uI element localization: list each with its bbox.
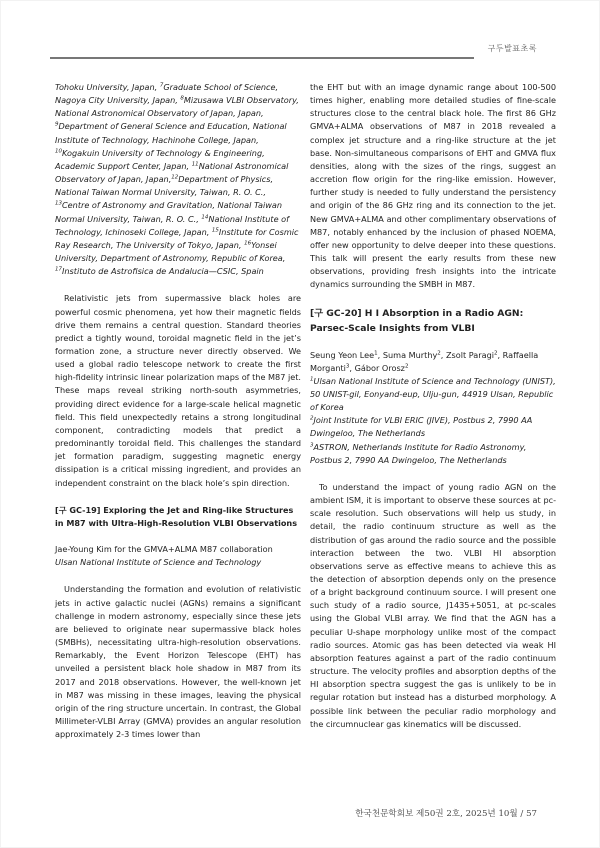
gc19-authors: Jae-Young Kim for the GMVA+ALMA M87 coll… (55, 543, 301, 556)
page-footer: 한국천문학회보 제50권 2호, 2025년 10월 / 57 (355, 807, 537, 819)
gc20-affiliation-3: 3ASTRON, Netherlands Institute for Radio… (310, 441, 556, 467)
gc20-affiliation-2: 2Joint Institute for VLBI ERIC (JIVE), P… (310, 414, 556, 440)
gc20-title: [구 GC-20] H I Absorption in a Radio AGN:… (310, 306, 556, 336)
running-header: 구두발표초록 (488, 43, 537, 54)
gc19-affiliation: Ulsan National Institute of Science and … (55, 556, 301, 569)
previous-abstract-body: Relativistic jets from supermassive blac… (55, 292, 301, 489)
header-divider (50, 57, 474, 59)
document-page: 구두발표초록 Tohoku University, Japan, 7Gradua… (1, 1, 599, 847)
gc20-abstract: To understand the impact of young radio … (310, 481, 556, 731)
left-column: Tohoku University, Japan, 7Graduate Scho… (55, 81, 301, 741)
gc20-affiliation-1: 1Ulsan National Institute of Science and… (310, 375, 556, 414)
gc19-abstract-part2: the EHT but with an image dynamic range … (310, 81, 556, 292)
gc20-authors: Seung Yeon Lee1, Suma Murthy2, Zsolt Par… (310, 349, 556, 375)
gc19-title: [구 GC-19] Exploring the Jet and Ring-lik… (55, 504, 301, 530)
right-column: the EHT but with an image dynamic range … (310, 81, 556, 731)
gc19-abstract-part1: Understanding the formation and evolutio… (55, 583, 301, 741)
affiliations-continued: Tohoku University, Japan, 7Graduate Scho… (55, 81, 301, 278)
